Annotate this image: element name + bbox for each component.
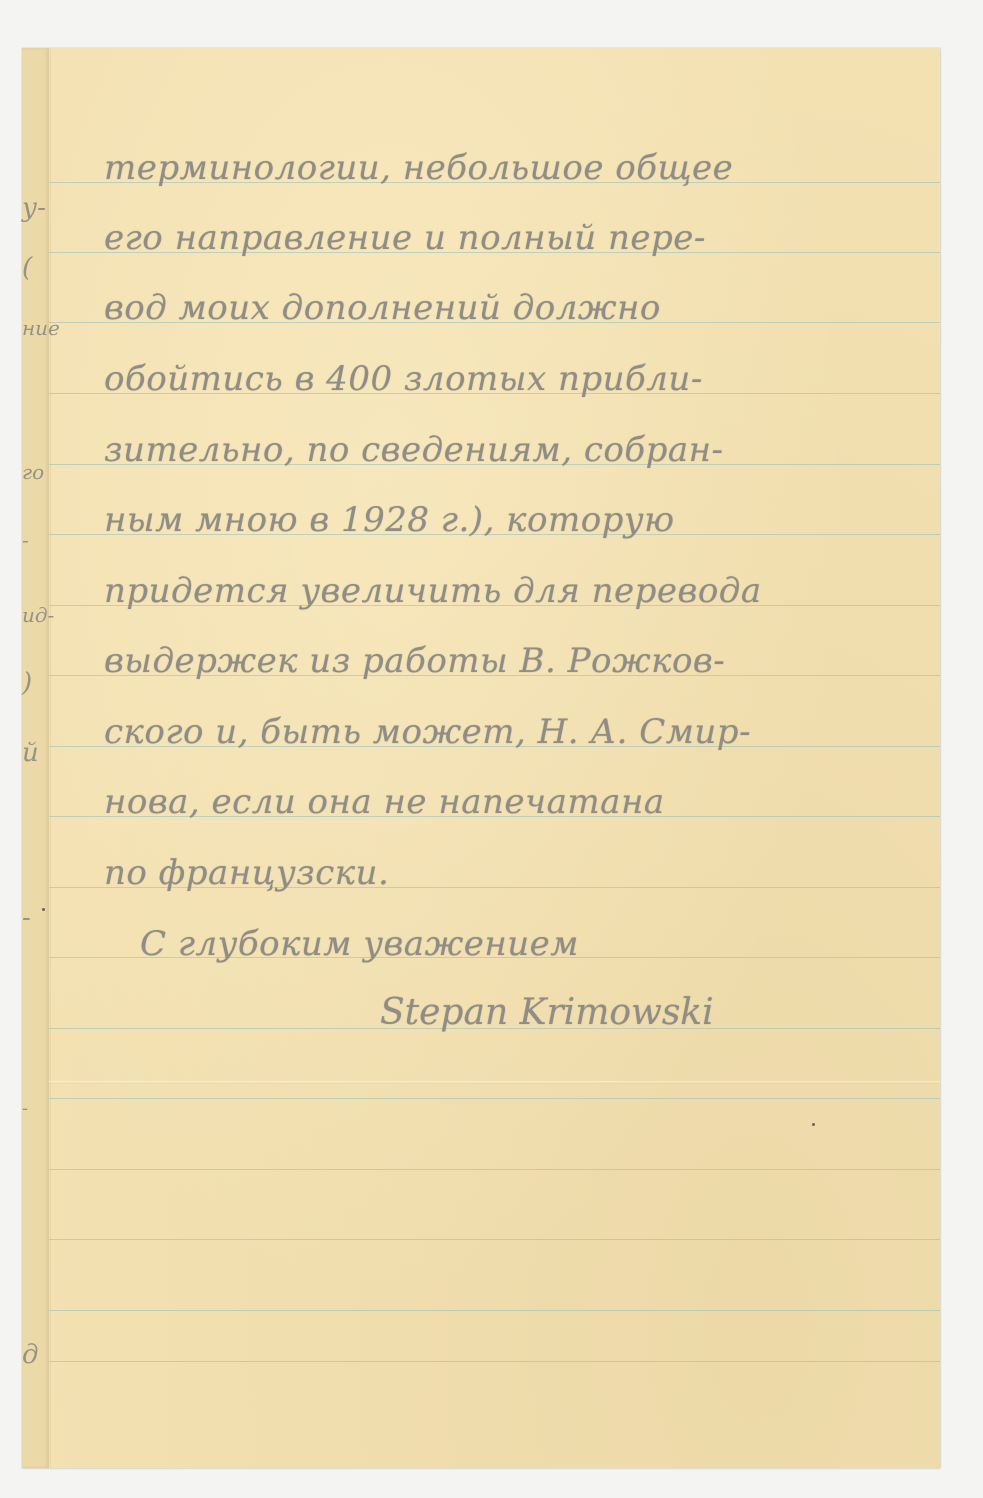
- rule-line: [49, 1310, 940, 1311]
- flap-fragment: д: [22, 1340, 38, 1370]
- letter-line: обойтись в 400 злотых прибли-: [104, 359, 703, 399]
- flap-fragment: ние: [22, 316, 60, 340]
- flap-fragment: (: [22, 253, 32, 283]
- letter-line: придется увеличить для перевода: [104, 571, 762, 611]
- rule-line: [49, 1239, 940, 1240]
- flap-fragment: ид-: [22, 603, 54, 627]
- paper-speck: [812, 1123, 815, 1126]
- letter-line: терминологии, небольшое общее: [104, 148, 733, 188]
- letter-sheet: у- ( ние го - ид- ) й - - д терминологии…: [22, 48, 940, 1468]
- letter-line: зительно, по сведениям, собран-: [104, 430, 724, 470]
- vertical-fold-line: [49, 48, 51, 1468]
- letter-line: его направление и полный пере-: [104, 218, 706, 258]
- paper-speck: [42, 908, 45, 911]
- flap-fragment: й: [22, 738, 39, 768]
- letter-line: выдержек из работы В. Рожков-: [104, 641, 725, 681]
- signature: Stepan Krimowski: [380, 992, 714, 1033]
- flap-fragment: -: [22, 1098, 28, 1119]
- rule-line: [49, 1098, 940, 1099]
- flap-fragment: -: [22, 903, 31, 933]
- letter-line: по французски.: [104, 853, 389, 893]
- rule-line: [49, 1169, 940, 1170]
- flap-fragment: ): [22, 668, 32, 698]
- flap-fragment: го: [22, 460, 44, 484]
- letter-line: ского и, быть может, Н. А. Смир-: [104, 712, 751, 752]
- letter-line: ным мною в 1928 г.), которую: [104, 500, 675, 540]
- horizontal-crease: [49, 1081, 940, 1084]
- letter-line: вод моих дополнений должно: [104, 288, 661, 328]
- flap-fragment: у-: [22, 193, 46, 223]
- closing-salutation: С глубоким уважением: [140, 924, 579, 964]
- flap-fragment: -: [22, 528, 29, 552]
- rule-line: [49, 1361, 940, 1362]
- letter-line: нова, если она не напечатана: [104, 782, 665, 822]
